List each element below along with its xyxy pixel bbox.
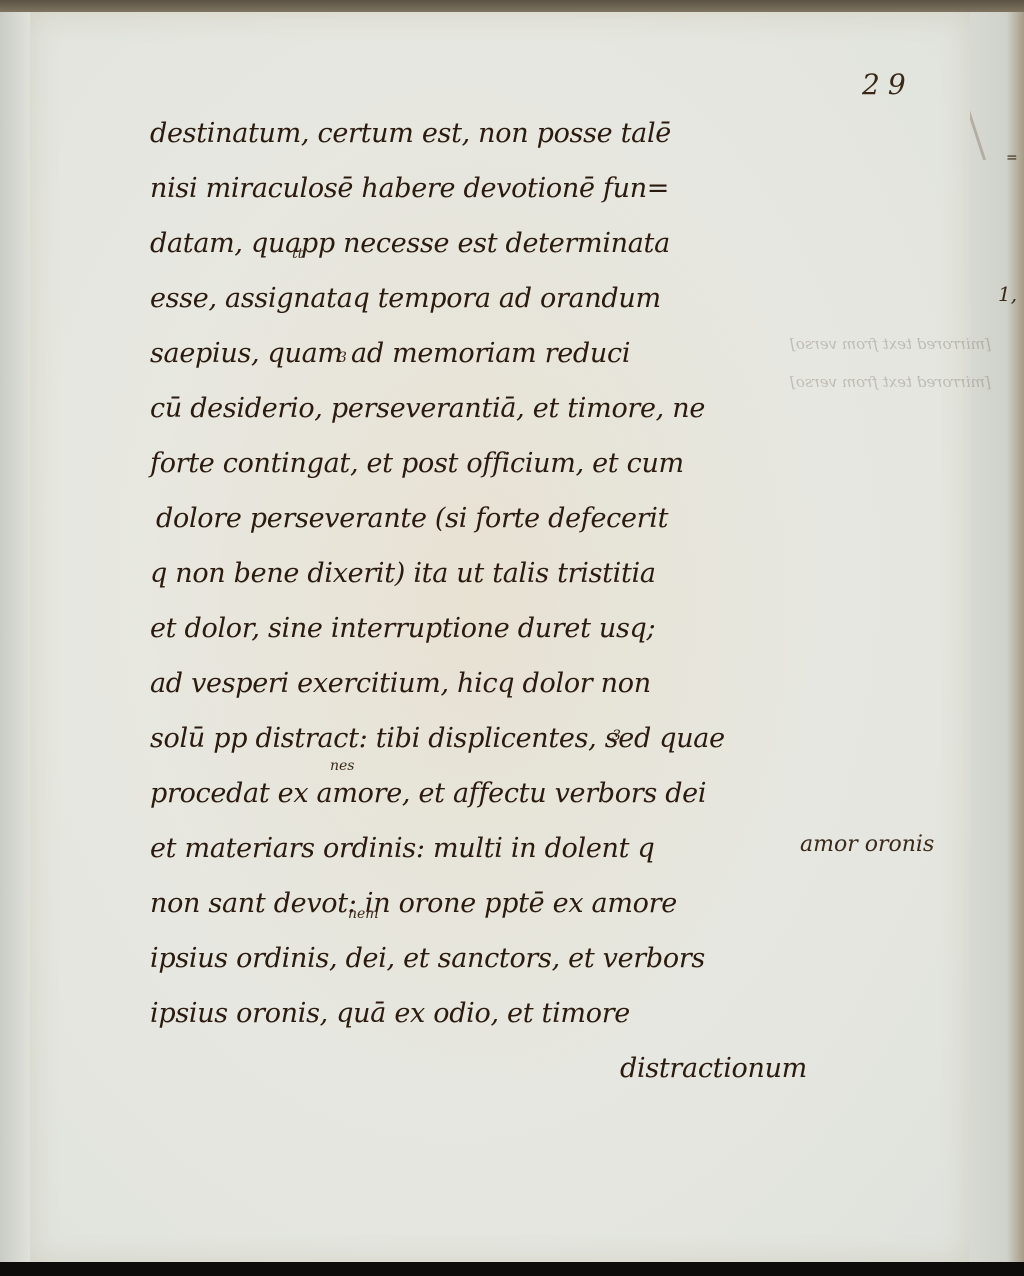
edge-mark: = — [1006, 150, 1018, 166]
text-line: solū pp distract: tibi displicentes, sed… — [150, 711, 810, 766]
text-line: dolore perseverante (si forte defecerit — [150, 491, 810, 546]
text-line: ad vesperi exercitium, hicq dolor non — [150, 656, 810, 711]
text-line: cū desiderio, perseverantiā, et timore, … — [150, 381, 810, 436]
interlinear-insertion: 3 — [338, 350, 347, 366]
gutter-left-leaf — [0, 12, 31, 1264]
interlinear-insertion: nes — [330, 758, 355, 774]
text-line: procedat ex amore, et affectu verbors de… — [150, 766, 810, 821]
interlinear-insertion: 3 — [612, 728, 621, 744]
text-line: q non bene dixerit) ita ut talis tristit… — [150, 546, 810, 601]
right-page-edges — [965, 12, 1024, 1264]
marginal-gloss: amor oronis — [800, 832, 934, 857]
interlinear-insertion: nem — [348, 906, 379, 922]
text-line: nisi miraculosē habere devotionē fun= — [150, 161, 810, 216]
text-line: et dolor, sine interruptione duret usq; — [150, 601, 810, 656]
bleed-line: [mirrored text from verso] — [790, 363, 991, 401]
text-line: forte contingat, et post officium, et cu… — [150, 436, 810, 491]
book-bottom-edge — [0, 1262, 1024, 1276]
main-text-block: destinatum, certum est, non posse talē n… — [150, 106, 810, 1096]
bleed-through-text: [mirrored text from verso] [mirrored tex… — [790, 325, 991, 401]
interlinear-insertion: tt — [292, 246, 303, 262]
catchword: distractionum — [150, 1041, 810, 1096]
text-line: saepius, quam ad memoriam reduci — [150, 326, 810, 381]
bleed-line: [mirrored text from verso] — [790, 325, 991, 363]
text-line: non sant devot: in orone pptē ex amore — [150, 876, 810, 931]
text-line: et materiars ordinis: multi in dolent q — [150, 821, 810, 876]
edge-mark: 1, — [998, 282, 1017, 306]
text-line: ipsius oronis, quā ex odio, et timore — [150, 986, 810, 1041]
text-line: esse, assignataq tempora ad orandum — [150, 271, 810, 326]
text-line: destinatum, certum est, non posse talē — [150, 106, 810, 161]
text-line: datam, quapp necesse est determinata — [150, 216, 810, 271]
text-line: ipsius ordinis, dei, et sanctors, et ver… — [150, 931, 810, 986]
folio-number: 29 — [862, 68, 914, 101]
